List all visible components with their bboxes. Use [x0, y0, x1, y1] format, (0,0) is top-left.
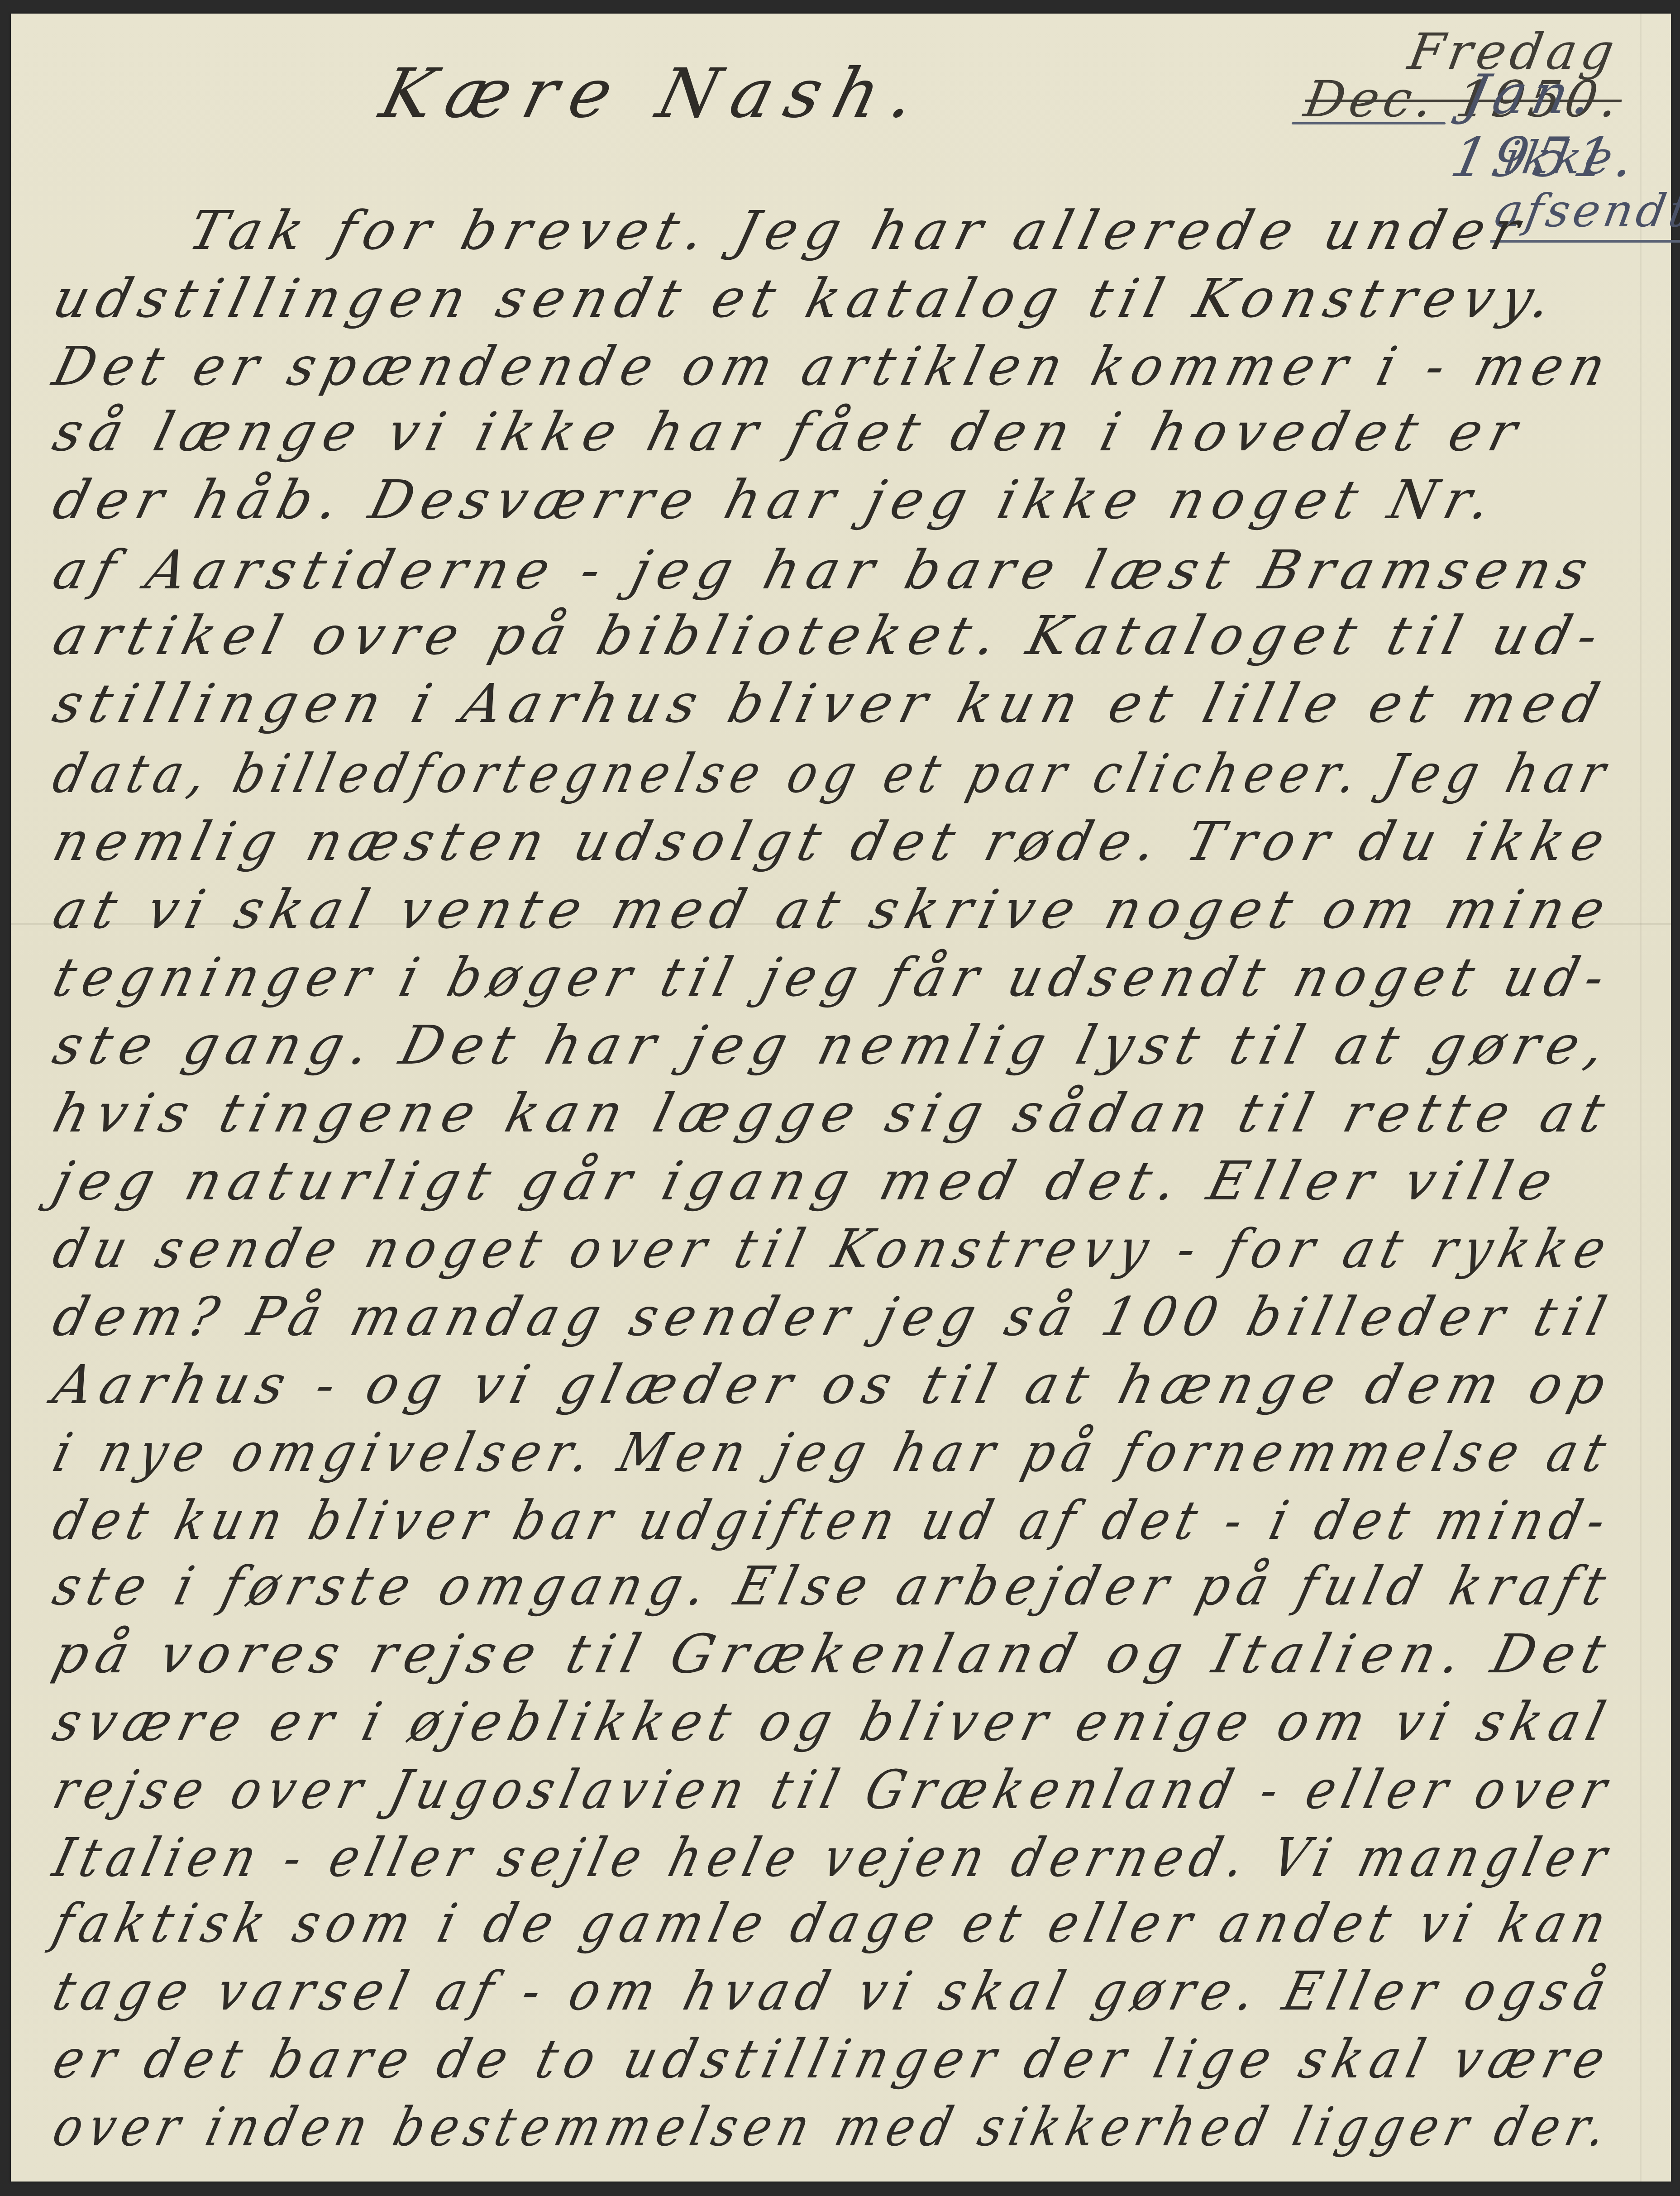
date-underline — [1292, 122, 1446, 124]
body-line: af Aarstiderne - jeg har bare læst Brams… — [47, 539, 1602, 601]
body-line: at vi skal vente med at skrive noget om … — [47, 878, 1619, 940]
body-line: er det bare de to udstillinger der lige … — [47, 2028, 1619, 2090]
body-line: Italien - eller sejle hele vejen derned.… — [47, 1826, 1620, 1889]
body-line: ste gang. Det har jeg nemlig lyst til at… — [47, 1014, 1620, 1076]
body-line: det kun bliver bar udgiften ud af det - … — [47, 1489, 1619, 1552]
body-line: Aarhus - og vi glæder os til at hænge de… — [47, 1353, 1620, 1416]
body-line: Det er spændende om artiklen kommer i - … — [47, 335, 1620, 397]
paper-fold-vertical — [1640, 14, 1642, 2182]
body-line: udstillingen sendt et katalog til Konstr… — [47, 267, 1566, 329]
body-line: så længe vi ikke har fået den i hovedet … — [47, 401, 1532, 463]
body-line: ste i første omgang. Else arbejder på fu… — [47, 1555, 1620, 1617]
body-line: tage varsel af - om hvad vi skal gøre. E… — [47, 1960, 1620, 2022]
body-line: der håb. Desværre har jeg ikke noget Nr. — [47, 468, 1506, 531]
salutation: Kære Nash. — [373, 54, 937, 133]
body-line: faktisk som i de gamle dage et eller and… — [47, 1892, 1620, 1954]
letter-page: Kære Nash. Fredag Dec. 1950. Jan. 1951. … — [11, 14, 1671, 2182]
date-block: Fredag Dec. 1950. Jan. 1951. ikke afsend… — [1305, 14, 1658, 204]
body-line: over inden bestemmelsen med sikkerhed li… — [47, 2096, 1620, 2158]
body-line: dem? På mandag sender jeg så 100 billede… — [47, 1285, 1620, 1348]
body-line: rejse over Jugoslavien til Grækenland - … — [47, 1758, 1620, 1821]
body-line: stillingen i Aarhus bliver kun et lille … — [47, 672, 1613, 735]
body-line: på vores rejse til Grækenland og Italien… — [47, 1623, 1620, 1685]
body-line: nemlig næsten udsolgt det røde. Tror du … — [47, 810, 1619, 873]
body-line: Tak for brevet. Jeg har allerede under — [183, 199, 1534, 262]
body-line: jeg naturligt går igang med det. Eller v… — [47, 1150, 1567, 1212]
body-line: artikel ovre på biblioteket. Kataloget t… — [47, 604, 1613, 667]
body-line: hvis tingene kan lægge sig sådan til ret… — [47, 1082, 1619, 1144]
body-line: i nye omgivelser. Men jeg har på fornemm… — [47, 1421, 1619, 1484]
body-line: tegninger i bøger til jeg får udsendt no… — [47, 946, 1618, 1008]
body-line: du sende noget over til Konstrevy - for … — [47, 1217, 1620, 1280]
body-line: data, billedfortegnelse og et par cliche… — [47, 742, 1619, 805]
body-line: svære er i øjeblikket og bliver enige om… — [47, 1690, 1619, 1753]
